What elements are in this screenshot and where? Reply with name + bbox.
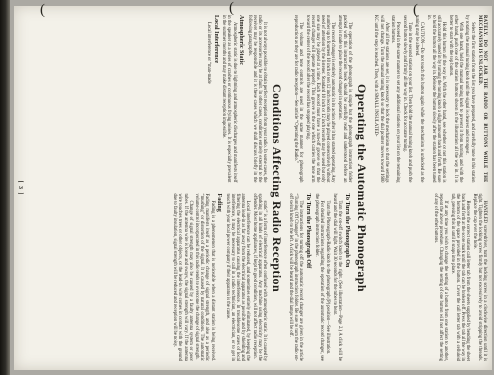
- phonograph-on-subheading: To Turn the Phonograph On: [343, 194, 349, 362]
- record-changer-paragraph: The record changer is entirely automatic…: [305, 15, 336, 183]
- fading-subheading: Fading: [216, 194, 222, 362]
- atmospheric-static-paragraph: Atmospheric static is due to lightning a…: [221, 15, 236, 183]
- section-a-right-column: HANDLED screwdriver, turn the locking sc…: [372, 194, 487, 362]
- locking-screw-paragraph: HANDLED screwdriver, turn the locking sc…: [472, 194, 487, 362]
- phonograph-position-paragraph: Turn the Phonograph-Radio knob to the ph…: [325, 194, 330, 362]
- operating-phonograph-heading: Operating the Automatic Phonograph: [355, 15, 368, 361]
- manual-page: RATELY. DO NOT JAR THE RADIO OR BUTTONS …: [14, 6, 492, 370]
- call-letter-tab-paragraph: Remove the correct station call letter t…: [450, 194, 470, 362]
- section-station-setup: RATELY. DO NOT JAR THE RADIO OR BUTTONS …: [372, 15, 487, 361]
- local-interference-subheading: Local Interference: [212, 15, 218, 183]
- caution-paragraph: CAUTION—Do not touch this button again w…: [414, 15, 424, 183]
- section-c-right-column: static” is a form of interference often …: [171, 194, 267, 362]
- local-interference-start-paragraph: Local interference or “man-made: [206, 15, 211, 183]
- section-b-right-column: To Turn the Phonograph On Turn the on-of…: [287, 194, 353, 362]
- phonograph-off-subheading: To Turn the Phonograph Off: [305, 194, 311, 362]
- upright-page-container: RATELY. DO NOT JAR THE RADIO OR BUTTONS …: [10, 0, 494, 375]
- select-first-station-paragraph: Select the first station from the list y…: [464, 15, 474, 183]
- fading-paragraph: Fading is a phenomenon that is noticeabl…: [194, 194, 214, 362]
- scan-binding-edge: [0, 0, 10, 375]
- page-number: [ 3 ]: [17, 6, 23, 370]
- scan-artifact-mark: (: [40, 2, 45, 19]
- hold-button-paragraph: Hold this button all the way in. With th…: [426, 15, 446, 183]
- detailed-instructions-paragraph: For detailed instructions regarding the …: [314, 194, 324, 362]
- rotated-page-stage: RATELY. DO NOT JAR THE RADIO OR BUTTONS …: [10, 0, 494, 375]
- change-button-setting-paragraph: If at any time you wish to change the se…: [433, 194, 448, 362]
- caution-continuation-text: RATELY. DO NOT JAR THE RADIO OR BUTTONS …: [476, 15, 487, 183]
- hold-tuning-knob-paragraph: With one hand, hold the manual tuning kn…: [448, 15, 463, 183]
- reception-intro-paragraph: It is not always possible to obtain perf…: [247, 15, 267, 183]
- atmospheric-static-subheading: Atmospheric Static: [238, 15, 244, 183]
- section-reception-conditions: It is not always possible to obtain perf…: [171, 15, 267, 361]
- section-c-left-column: It is not always possible to obtain perf…: [171, 15, 267, 183]
- section-b-left-column: The operation of the phonograph is simpl…: [287, 15, 353, 183]
- antenna-signal-paragraph: Change of signal strength may also be ca…: [172, 194, 192, 362]
- second-station-paragraph: Tune in the second station on your list.…: [402, 15, 412, 183]
- scan-artifact-mark: (: [229, 0, 234, 17]
- turning-off-changer-paragraph: The instructions for turning off the aut…: [288, 194, 303, 362]
- section-phonograph: The operation of the phonograph is simpl…: [287, 15, 353, 361]
- conditions-reception-heading: Conditions Affecting Radio Reception: [270, 15, 283, 361]
- lock-mechanism-paragraph: After all the stations are set, it is ne…: [373, 15, 388, 183]
- reduce-interference-paragraph: Local interference can be reduced, and s…: [225, 194, 250, 362]
- phonograph-operation-paragraph: The operation of the phonograph is simpl…: [337, 15, 352, 183]
- volume-tone-controls-paragraph: The volume and tone controls are used in…: [293, 15, 303, 183]
- section-a-left-column: RATELY. DO NOT JAR THE RADIO OR BUTTONS …: [372, 15, 487, 183]
- switch-knob-right-paragraph: Turn the on-off switch knob to the right…: [332, 194, 342, 362]
- scan-artifact-mark: (: [413, 2, 418, 19]
- scanned-manual-screenshot: RATELY. DO NOT JAR THE RADIO OR BUTTONS …: [0, 0, 494, 375]
- man-made-static-paragraph: static” is a form of interference often …: [252, 194, 267, 362]
- remaining-stations-paragraph: Proceed in the same manner to set any ad…: [390, 15, 400, 183]
